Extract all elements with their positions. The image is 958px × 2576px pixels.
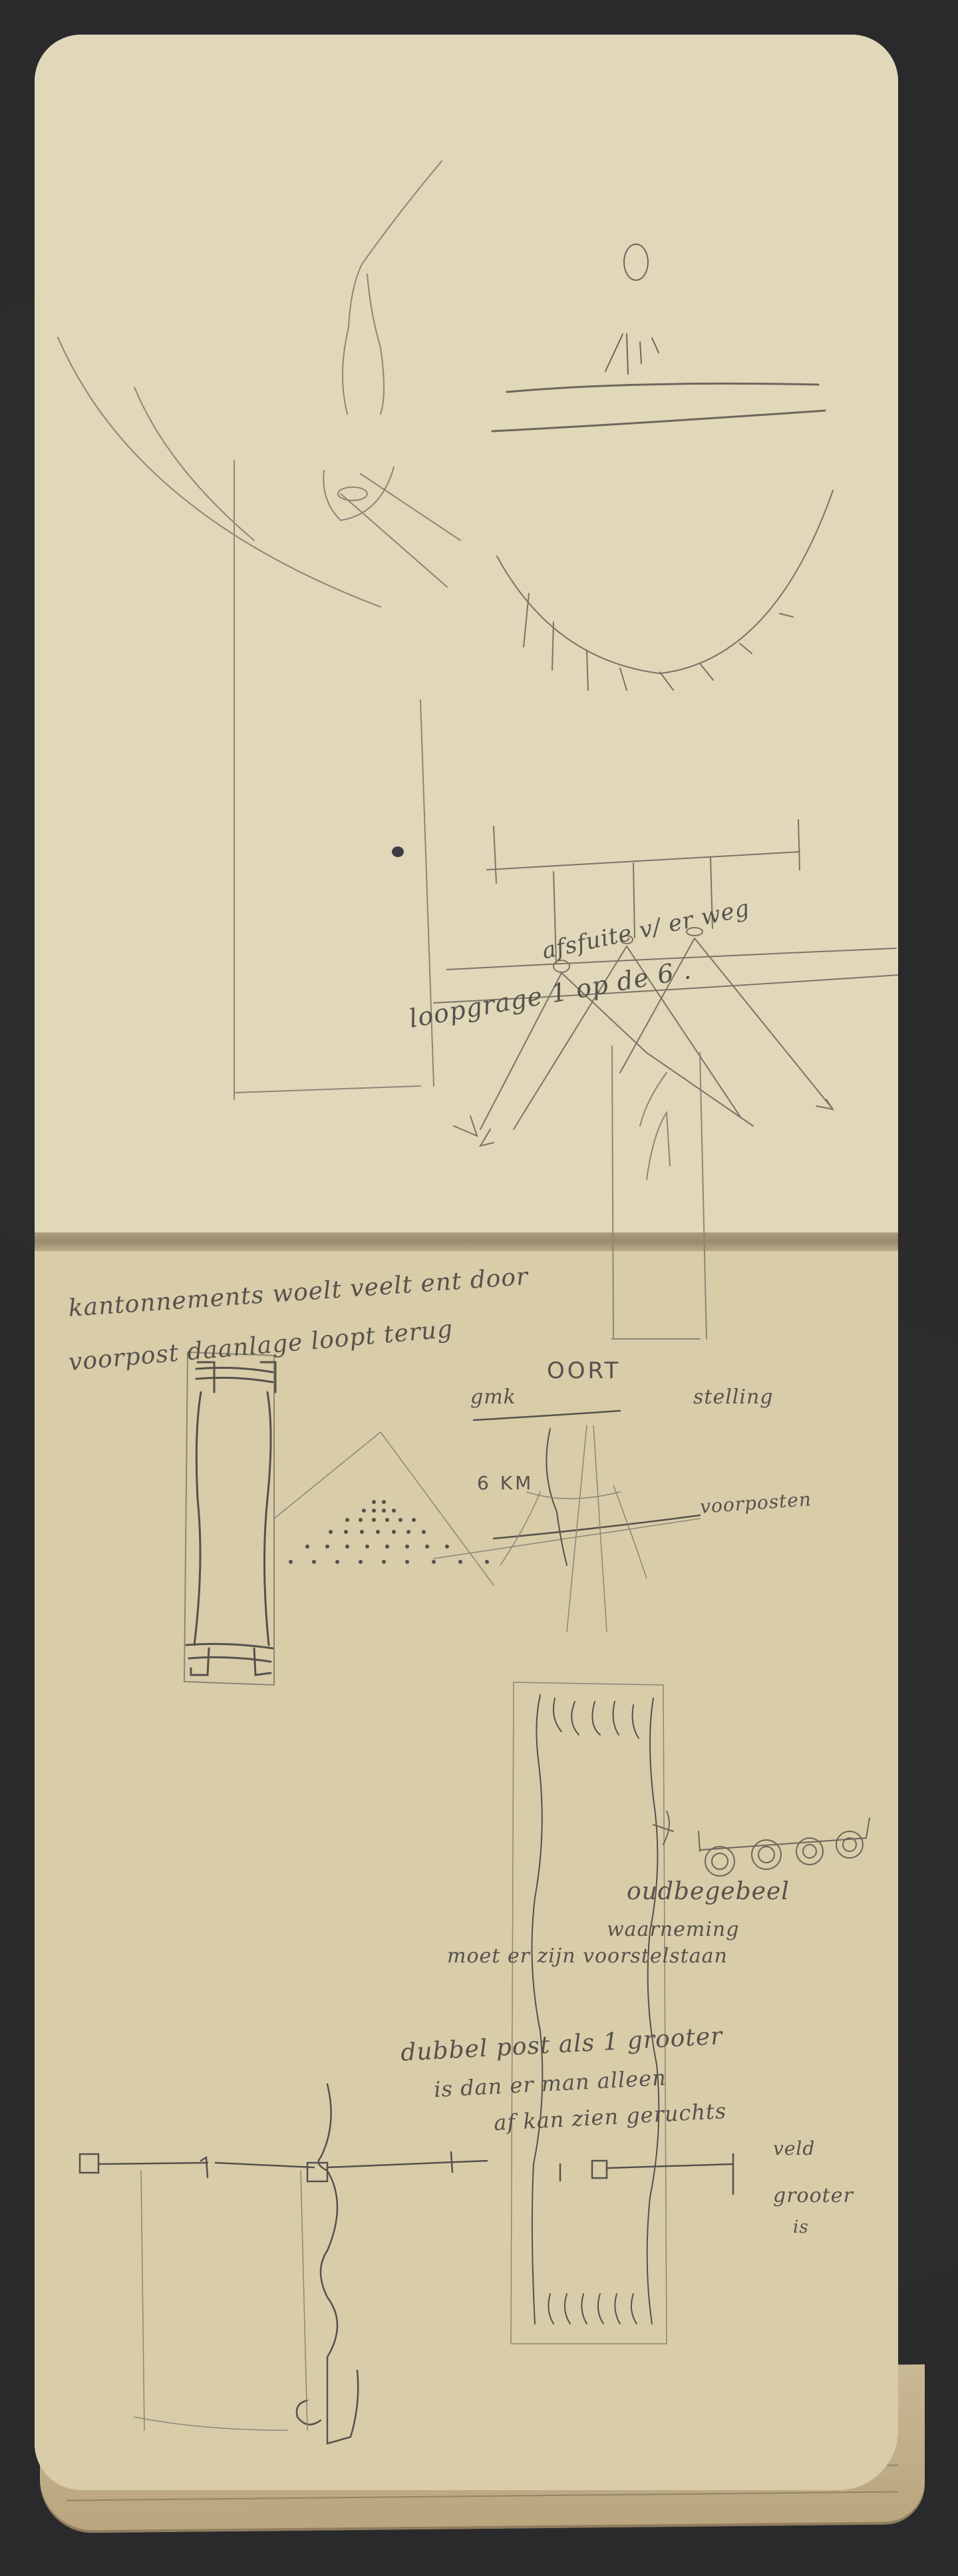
ink-blot xyxy=(392,846,404,857)
pencil-sketches xyxy=(35,35,898,2490)
sun-icon xyxy=(605,244,659,374)
sketchbook-paper: afsfuite v/ er weg loopgrage 1 op de 6 .… xyxy=(35,35,898,2490)
label-voorstelstaan: moet er zijn voorstelstaan xyxy=(447,1944,728,1968)
tent-shape xyxy=(500,1425,647,1632)
horizon-lines xyxy=(492,383,825,431)
label-grooter: grooter xyxy=(773,2184,854,2207)
label-is: is xyxy=(793,2217,809,2237)
bird-sketch xyxy=(58,161,460,1099)
doorway-figure xyxy=(612,1046,707,1339)
vertical-banner-sketch xyxy=(184,1352,275,1685)
label-oort: OORT xyxy=(547,1358,621,1384)
spiral-chain-sketch xyxy=(653,1811,870,1876)
label-gmk: gmk xyxy=(470,1385,516,1409)
wavy-column-sketch xyxy=(511,1682,667,2344)
label-6km: 6 KM xyxy=(477,1472,534,1494)
scroll-ornament xyxy=(134,2171,358,2444)
label-stelling: stelling xyxy=(693,1385,774,1409)
arc-with-ticks xyxy=(497,490,833,690)
label-oudbegebeel: oudbegebeel xyxy=(627,1878,790,1905)
label-waarneming: waarneming xyxy=(607,1918,739,1941)
label-veld: veld xyxy=(773,2137,815,2159)
